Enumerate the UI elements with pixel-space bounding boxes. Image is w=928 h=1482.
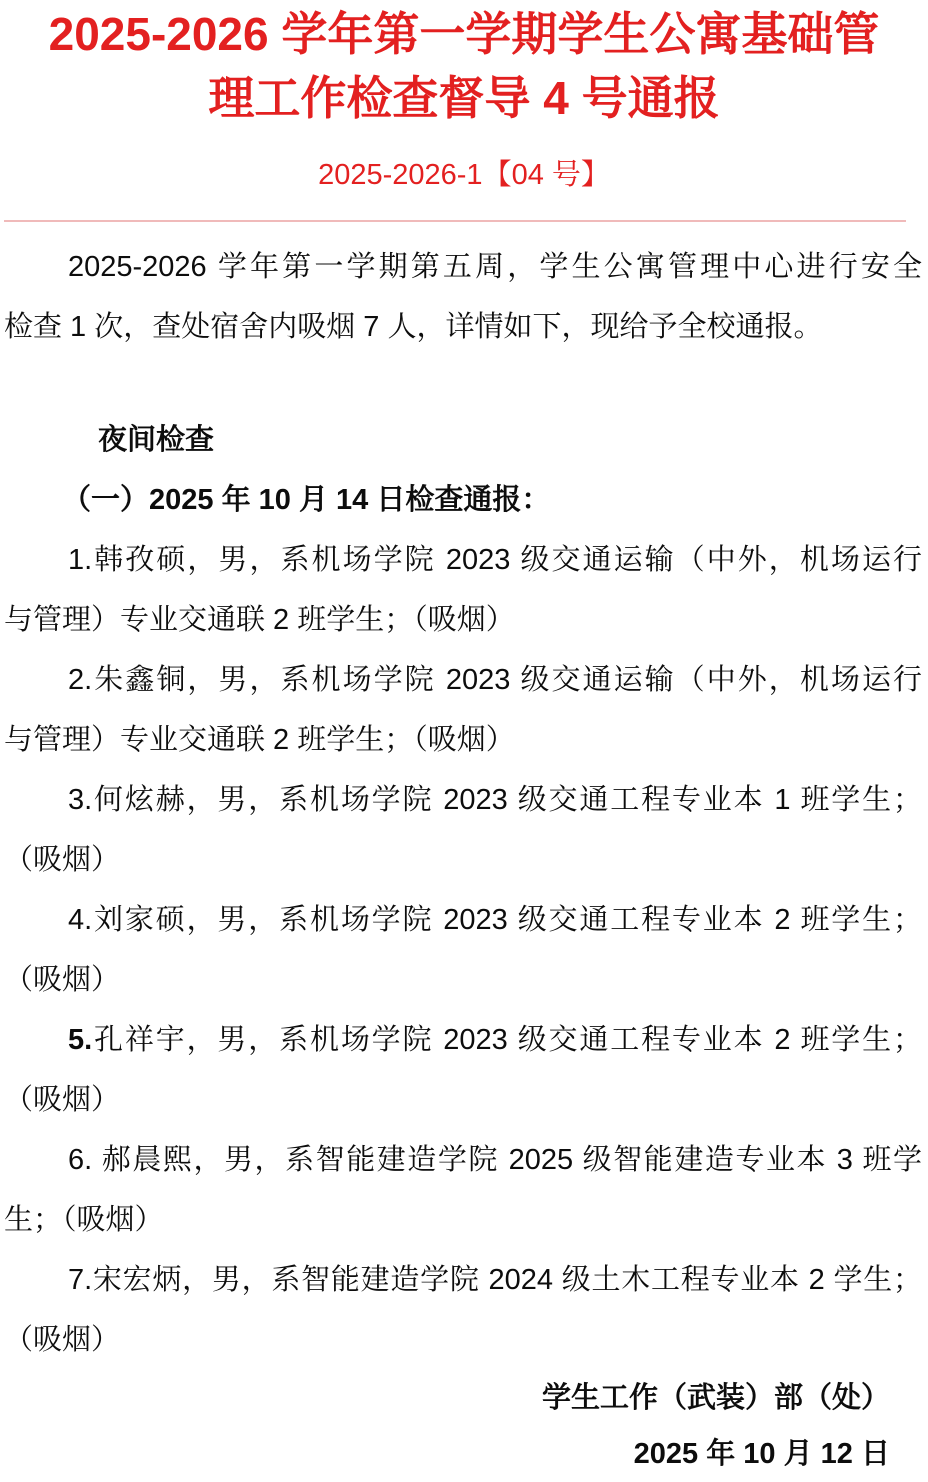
violation-item-4-line-1: 4.刘家硕，男，系机场学院 2023 级交通工程专业本 2 班学生； xyxy=(4,890,922,950)
violation-item-6: 6. 郝晨熙，男，系智能建造学院 2025 级智能建造专业本 3 班学 生；（吸… xyxy=(4,1130,922,1250)
violation-item-2-line-2: 与管理）专业交通联 2 班学生；（吸烟） xyxy=(4,710,922,770)
signature: 学生工作（武装）部（处） xyxy=(0,1370,890,1426)
violation-item-6-line-1: 6. 郝晨熙，男，系智能建造学院 2025 级智能建造专业本 3 班学 xyxy=(4,1130,922,1190)
violation-item-7-line-1: 7.宋宏炳，男，系智能建造学院 2024 级土木工程专业本 2 学生； xyxy=(4,1250,922,1310)
section-heading: 夜间检查 xyxy=(4,410,922,470)
divider xyxy=(4,220,906,222)
intro-paragraph: 2025-2026 学年第一学期第五周，学生公寓管理中心进行安全 检查 1 次，… xyxy=(4,237,922,357)
violation-item-3-line-1: 3.何炫赫，男，系机场学院 2023 级交通工程专业本 1 班学生； xyxy=(4,770,922,830)
signature-date: 2025 年 10 月 12 日 xyxy=(0,1426,890,1482)
violation-item-5-text: 孔祥宇，男，系机场学院 2023 级交通工程专业本 2 班学生； xyxy=(92,1024,922,1056)
notice-document: 2025-2026 学年第一学期学生公寓基础管 理工作检查督导 4 号通报 20… xyxy=(0,0,928,1482)
subsection-heading: （一）2025 年 10 月 14 日检查通报： xyxy=(4,470,922,530)
violation-item-5-line-1: 5.孔祥宇，男，系机场学院 2023 级交通工程专业本 2 班学生； xyxy=(4,1010,922,1070)
intro-line-2: 检查 1 次，查处宿舍内吸烟 7 人，详情如下，现给予全校通报。 xyxy=(4,297,922,357)
violation-item-4-line-2: （吸烟） xyxy=(4,950,922,1010)
violation-item-2: 2.朱鑫铜，男，系机场学院 2023 级交通运输（中外，机场运行 与管理）专业交… xyxy=(4,650,922,770)
page-title-line-1: 2025-2026 学年第一学期学生公寓基础管 xyxy=(0,2,928,66)
violation-item-5: 5.孔祥宇，男，系机场学院 2023 级交通工程专业本 2 班学生； （吸烟） xyxy=(4,1010,922,1130)
violation-item-5-number: 5. xyxy=(68,1024,92,1056)
violation-item-1-line-2: 与管理）专业交通联 2 班学生；（吸烟） xyxy=(4,590,922,650)
violation-item-3: 3.何炫赫，男，系机场学院 2023 级交通工程专业本 1 班学生； （吸烟） xyxy=(4,770,922,890)
doc-number: 2025-2026-1【04 号】 xyxy=(0,158,928,192)
intro-line-1: 2025-2026 学年第一学期第五周，学生公寓管理中心进行安全 xyxy=(4,237,922,297)
page-title: 2025-2026 学年第一学期学生公寓基础管 理工作检查督导 4 号通报 xyxy=(0,2,928,130)
violation-item-2-line-1: 2.朱鑫铜，男，系机场学院 2023 级交通运输（中外，机场运行 xyxy=(4,650,922,710)
page-title-line-2: 理工作检查督导 4 号通报 xyxy=(0,66,928,130)
violation-item-1: 1.韩孜硕，男，系机场学院 2023 级交通运输（中外，机场运行 与管理）专业交… xyxy=(4,530,922,650)
notice-body: 2025-2026 学年第一学期第五周，学生公寓管理中心进行安全 检查 1 次，… xyxy=(4,237,922,1370)
violation-item-6-line-2: 生；（吸烟） xyxy=(4,1190,922,1250)
signature-block: 学生工作（武装）部（处） 2025 年 10 月 12 日 xyxy=(0,1370,890,1482)
violation-item-1-line-1: 1.韩孜硕，男，系机场学院 2023 级交通运输（中外，机场运行 xyxy=(4,530,922,590)
violation-item-5-line-2: （吸烟） xyxy=(4,1070,922,1130)
violation-item-7: 7.宋宏炳，男，系智能建造学院 2024 级土木工程专业本 2 学生； （吸烟） xyxy=(4,1250,922,1370)
violation-item-4: 4.刘家硕，男，系机场学院 2023 级交通工程专业本 2 班学生； （吸烟） xyxy=(4,890,922,1010)
violation-item-3-line-2: （吸烟） xyxy=(4,830,922,890)
violation-item-7-line-2: （吸烟） xyxy=(4,1310,922,1370)
